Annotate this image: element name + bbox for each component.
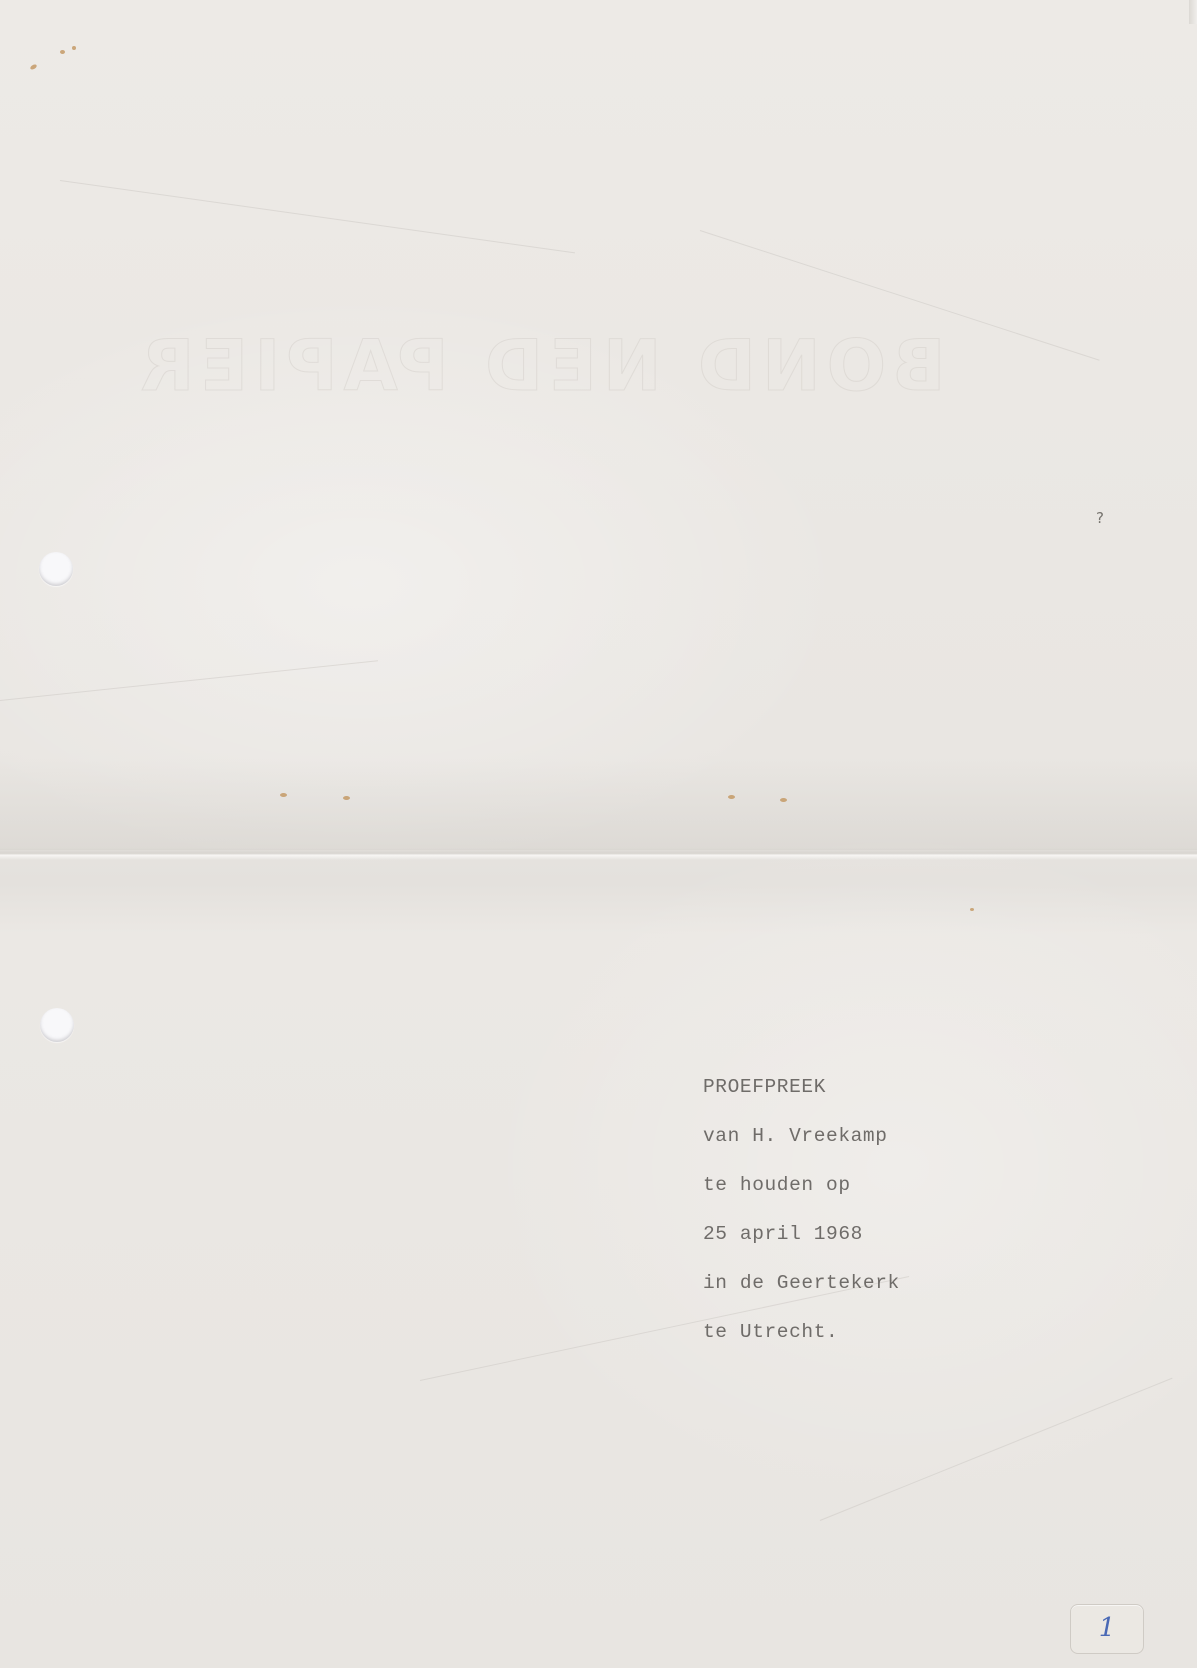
paper-crease bbox=[0, 660, 378, 701]
horizontal-fold bbox=[0, 848, 1197, 860]
title-block: PROEFPREEK van H. Vreekamp te houden op … bbox=[703, 1076, 900, 1370]
rust-spot bbox=[60, 50, 65, 54]
paper-watermark: BOND NED PAPIER bbox=[110, 325, 970, 407]
page-number-box: 1 bbox=[1070, 1604, 1144, 1654]
paper-crease bbox=[820, 1378, 1173, 1521]
scan-edge bbox=[1189, 0, 1197, 24]
rust-spot bbox=[29, 64, 37, 71]
venue-line: in de Geertekerk bbox=[703, 1272, 900, 1321]
rust-spot bbox=[970, 908, 974, 911]
scanned-page: BOND NED PAPIER ? PROEFPREEK van H. Vree… bbox=[0, 0, 1197, 1668]
stray-ink-mark: ? bbox=[1096, 509, 1104, 527]
page-number: 1 bbox=[1071, 1613, 1143, 1643]
rust-spot bbox=[728, 795, 735, 799]
rust-spot bbox=[343, 796, 350, 800]
city-line: te Utrecht. bbox=[703, 1321, 900, 1370]
paper-crease bbox=[60, 180, 575, 253]
rust-spot bbox=[72, 46, 76, 50]
author-line: van H. Vreekamp bbox=[703, 1125, 900, 1174]
title-line: PROEFPREEK bbox=[703, 1076, 900, 1125]
punch-hole-top bbox=[39, 552, 73, 586]
rust-spot bbox=[280, 793, 287, 797]
fold-shadow bbox=[0, 760, 1197, 850]
date-line: 25 april 1968 bbox=[703, 1223, 900, 1272]
rust-spot bbox=[780, 798, 787, 802]
punch-hole-bottom bbox=[40, 1008, 74, 1042]
occasion-line: te houden op bbox=[703, 1174, 900, 1223]
